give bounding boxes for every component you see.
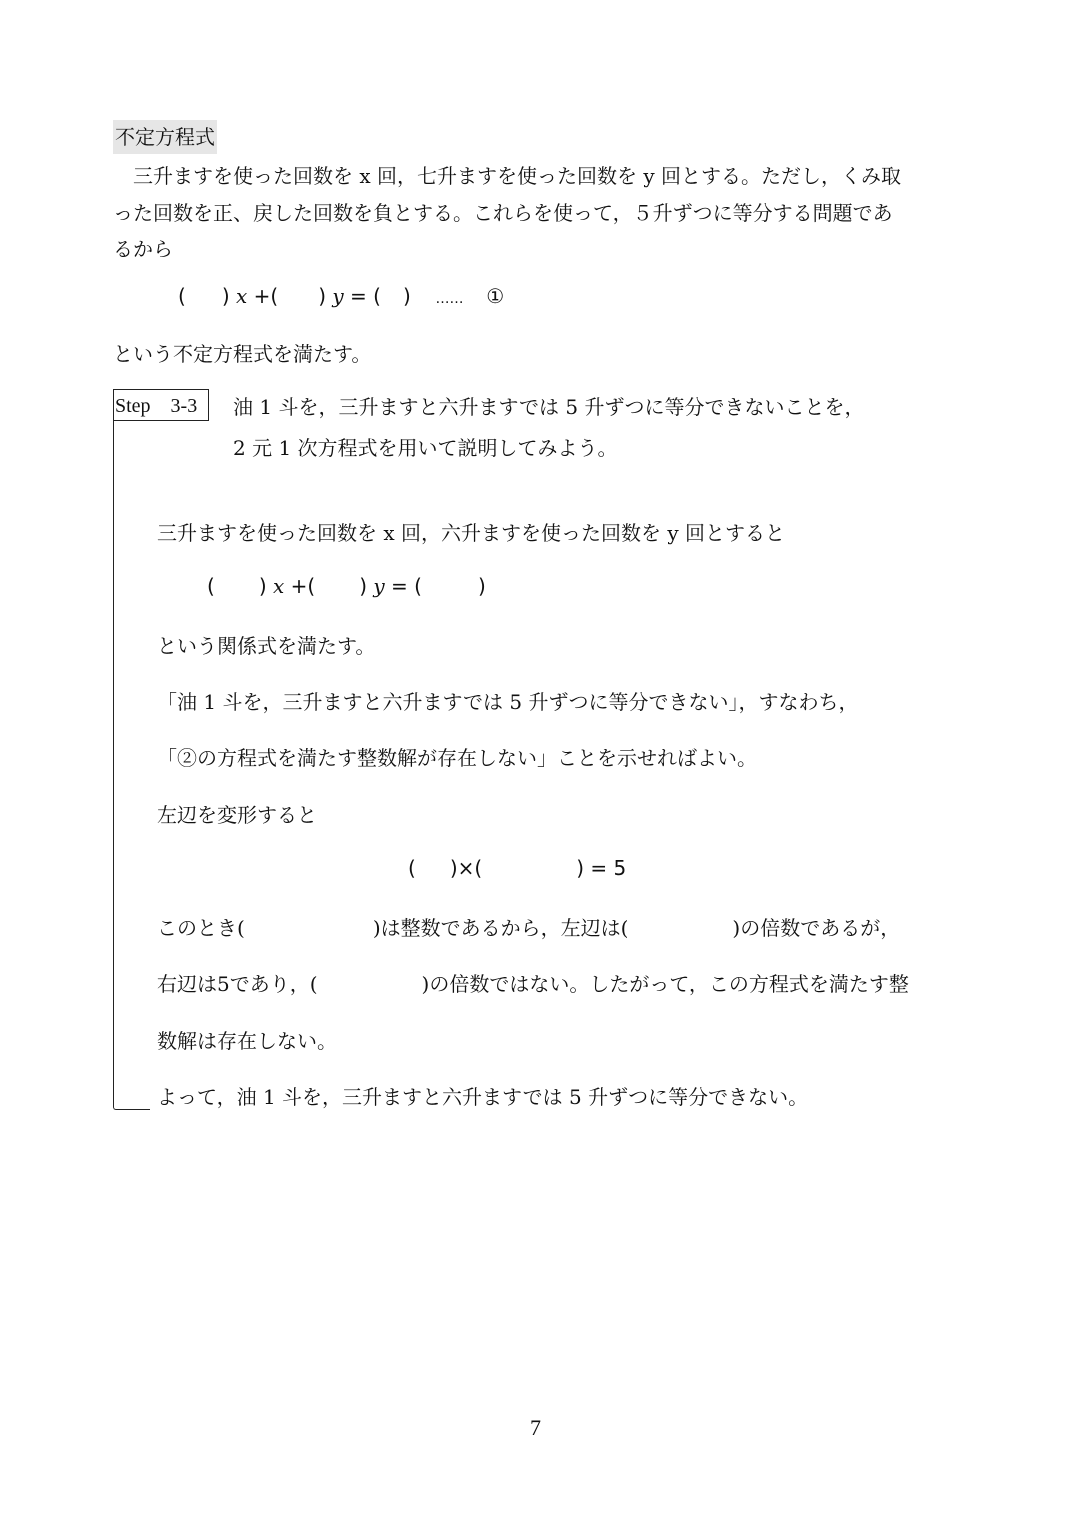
plus-paren: +( [291, 574, 316, 598]
paren: ) [222, 284, 230, 308]
after-equation-1: という不定方程式を満たす。 [113, 336, 371, 372]
equals: = [350, 284, 367, 308]
line-b: 右辺は5であり，()の倍数ではない。したがって，この方程式を満たす整 [157, 966, 909, 1002]
text: 右辺は5であり，( [157, 972, 318, 996]
paren: ( [474, 856, 482, 880]
paren: ) [259, 574, 267, 598]
equation-2: () x +() y = () [207, 574, 486, 598]
conclusion: よって，油 1 斗を，三升ますと六升ますでは 5 升ずつに等分できない。 [157, 1079, 808, 1115]
equation-label: ① [486, 284, 504, 308]
section-heading: 不定方程式 [113, 120, 217, 154]
paren: ) [403, 284, 411, 308]
paren: ) [576, 856, 584, 880]
times: × [458, 856, 475, 880]
step-bracket [113, 421, 150, 1110]
line-c: 数解は存在しない。 [157, 1023, 337, 1059]
ellipsis: …… [436, 291, 464, 307]
paren: ( [207, 574, 215, 598]
paren: ) [318, 284, 326, 308]
intro-line-3: るから [113, 231, 173, 267]
paren: ) [450, 856, 458, 880]
line-a: このとき()は整数であるから，左辺は()の倍数であるが， [157, 910, 900, 946]
intro-line-1: 三升ますを使った回数を x 回，七升ますを使った回数を y 回とする。ただし，く… [113, 158, 901, 194]
paren: ( [178, 284, 186, 308]
quote-line-1: 「油 1 斗を，三升ますと六升ますでは 5 升ずつに等分できない」，すなわち， [157, 684, 858, 720]
text: )の倍数ではない。したがって，この方程式を満たす整 [422, 972, 909, 996]
page-number: 7 [530, 1415, 541, 1441]
equals: = [391, 574, 408, 598]
quote-line-2: 「②の方程式を満たす整数解が存在しない」ことを示せればよい。 [157, 740, 757, 776]
step-label: Step 3-3 [113, 389, 209, 421]
rhs: = 5 [590, 856, 626, 880]
step-prompt-line-2: 2 元 1 次方程式を用いて説明してみよう。 [233, 430, 618, 466]
plus-paren: +( [254, 284, 279, 308]
paren: ) [478, 574, 486, 598]
setup-line: 三升ますを使った回数を x 回，六升ますを使った回数を y 回とすると [157, 515, 785, 551]
after-equation-2: という関係式を満たす。 [157, 628, 375, 664]
var-y: y [373, 574, 384, 598]
paren: ( [408, 856, 416, 880]
paren: ) [359, 574, 367, 598]
transform-line: 左辺を変形すると [157, 797, 317, 833]
var-x: x [236, 284, 247, 308]
step-prompt-line-1: 油 1 斗を，三升ますと六升ますでは 5 升ずつに等分できないことを， [233, 389, 864, 425]
var-x: x [273, 574, 284, 598]
equation-1: () x +() y = () …… ① [178, 284, 504, 308]
paren: ( [373, 284, 381, 308]
text: )の倍数であるが， [732, 916, 900, 940]
paren: ( [414, 574, 422, 598]
var-y: y [332, 284, 343, 308]
equation-3: ()×() = 5 [408, 856, 626, 880]
text: )は整数であるから，左辺は( [373, 916, 629, 940]
text: このとき( [157, 916, 245, 940]
intro-line-2: った回数を正、戻した回数を負とする。これらを使って，５升ずつに等分する問題であ [113, 195, 893, 231]
